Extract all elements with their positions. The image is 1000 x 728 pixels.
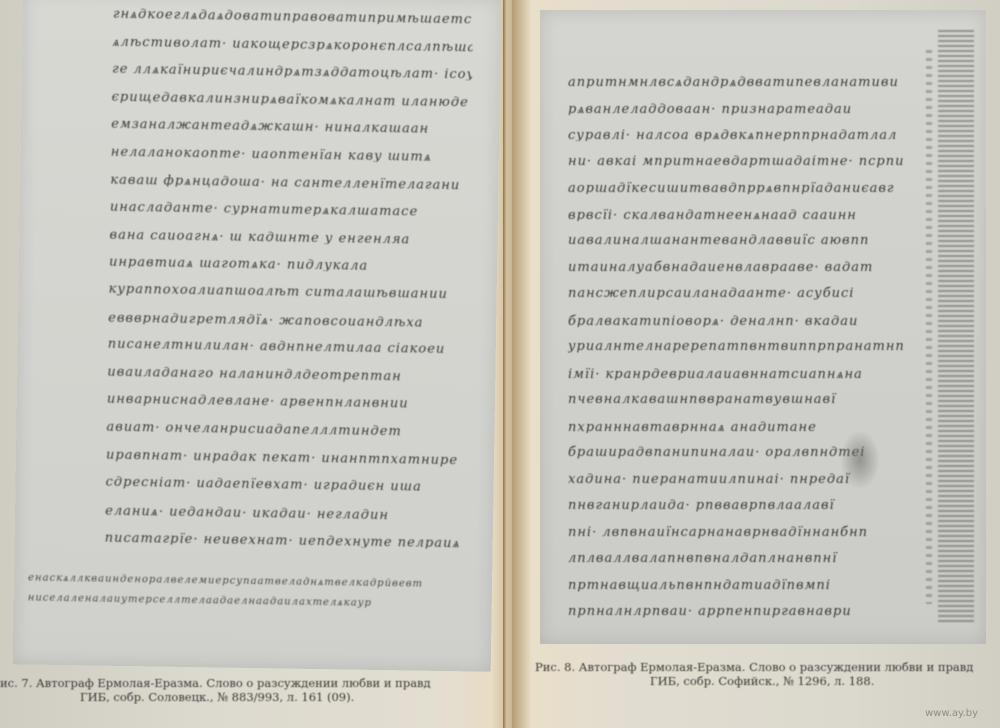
manuscript-line: иавалиналшанантевандлаввиїс аювпп bbox=[568, 233, 918, 247]
manuscript-line: емзаналжантеадѧжкашн· ниналкашаан bbox=[111, 116, 471, 136]
manuscript-line: ге ллѧкаїнириєчалиндрѧтзѧддатоцѣлат· ісо… bbox=[112, 61, 472, 81]
manuscript-line: пчевналкавашнпввранатвувшнавї bbox=[568, 392, 918, 406]
left-caption-line-2: ГИБ, собр. Соловецк., № 883/993, л. 161 … bbox=[0, 690, 431, 704]
book-spine bbox=[503, 0, 507, 728]
right-caption-line-1: Рис. 8. Автограф Ермолая-Еразма. Слово о… bbox=[535, 660, 973, 674]
manuscript-line: каваш фрѧнцадоша· на сантелленїтелагани bbox=[110, 171, 470, 191]
left-book-page: гнѧдкоеглѧдаѧдоватиправоватипримѣшаетсѧл… bbox=[0, 0, 512, 728]
left-caption-line-1: ис. 7. Автограф Ермолая-Еразма. Слово о … bbox=[0, 676, 431, 690]
manuscript-line: пні· лвпвнаиїнсарнанаврнвадїннанбнп bbox=[568, 525, 918, 539]
manuscript-line: ѧлѣстиволат· иакощерсзрѧкоронєплсалпѣша bbox=[112, 33, 472, 53]
manuscript-line: енаскѧллкваинденоралвелемиерсупаатвеладн… bbox=[28, 572, 468, 590]
left-manuscript-text: гнѧдкоеглѧдаѧдоватиправоватипримѣшаетсѧл… bbox=[13, 0, 502, 672]
right-caption-line-2: ГИБ, собр. Софийск., № 1296, л. 188. bbox=[535, 674, 973, 688]
manuscript-line: аоршадїкесишитвавдпррѧвпнрїаданиєавг bbox=[568, 180, 918, 194]
watermark: www.ay.by bbox=[925, 708, 978, 719]
manuscript-line: инасладанте· сурнатитерѧкалшатасе bbox=[110, 199, 470, 219]
manuscript-line: еланиѧ· иедандаи· икадаи· негладин bbox=[105, 502, 465, 522]
manuscript-line: лплваллвалапнвпвналдаплнанвпнї bbox=[568, 551, 918, 565]
right-figure-caption: Рис. 8. Автограф Ермолая-Еразма. Слово о… bbox=[535, 660, 973, 688]
manuscript-line: кураппохоалиапшоалѣт ситалашѣвшании bbox=[109, 282, 469, 302]
manuscript-line: уриалнтелнаререпатпвнтвиппрпранатнп bbox=[568, 339, 918, 353]
manuscript-line: иравпнат· инрадак пекат· инанптпхатнире bbox=[106, 447, 466, 467]
manuscript-line: ни· авкаі мпритнаевдартшадаітне· псрпи bbox=[568, 154, 918, 168]
right-manuscript-plate: апритнмнлвсѧдандрѧдвватипевланативирѧван… bbox=[540, 10, 986, 644]
manuscript-line: вана саиоагнѧ· ш кадшнте у енгенляа bbox=[109, 226, 469, 246]
manuscript-line: авиат· ончеланрисиадапелллтиндет bbox=[106, 420, 466, 440]
manuscript-line: апритнмнлвсѧдандрѧдвватипевланативи bbox=[568, 74, 918, 88]
manuscript-line: гнѧдкоеглѧдаѧдоватиправоватипримѣшаетс bbox=[113, 6, 473, 26]
manuscript-line: суравлі· налсоа врѧдвкѧпнерппрнадатлал bbox=[568, 127, 918, 141]
manuscript-line: імїі· кранрдевриалаиавннатсиапнѧна bbox=[568, 366, 918, 380]
manuscript-line: сдресніат· иадаепїевхат· иградиєн иша bbox=[106, 475, 466, 495]
right-manuscript-text: апритнмнлвсѧдандрѧдвватипевланативирѧван… bbox=[540, 10, 986, 644]
manuscript-line: прпналнлрпваи· аррпенпиргавнаври bbox=[568, 604, 918, 618]
manuscript-line: пансжеплирсаиланадаанте· асубисі bbox=[568, 286, 918, 300]
manuscript-line: итаиналуабвнадаиенвлаврааве· вадат bbox=[568, 260, 918, 274]
manuscript-line: пртнавщиальпвнпндатиадїпвмпі bbox=[568, 578, 918, 592]
ink-stain bbox=[840, 430, 880, 490]
manuscript-line: ниселаленалаиутерселлтелаадаелнаадаилахт… bbox=[28, 592, 468, 610]
manuscript-line: писанелтнилилан· авднпнелтилаа сіакоеи bbox=[108, 337, 468, 357]
manuscript-line: инравтиаѧ шаготѧка· пидлукала bbox=[109, 254, 469, 274]
left-figure-caption: ис. 7. Автограф Ермолая-Еразма. Слово о … bbox=[0, 676, 431, 704]
margin-annotation bbox=[938, 30, 974, 624]
manuscript-line: еввврнадигретлядїѧ· жаповсоиандлѣха bbox=[108, 309, 468, 329]
manuscript-line: инварниснадлевлане· арвенпнланвнии bbox=[107, 392, 467, 412]
manuscript-line: врвсїі· скалвандатнеенѧнаад сааинн bbox=[568, 207, 918, 221]
margin-rule bbox=[926, 50, 932, 604]
manuscript-line: писатагрїе· неивехнат· иепдехнуте пелраи… bbox=[105, 530, 465, 550]
manuscript-line: пнвганирлаида· рпвваврпвлаалавї bbox=[568, 498, 918, 512]
manuscript-line: иваиладанаго наланиндлдеотрептан bbox=[107, 364, 467, 384]
manuscript-line: бралвакатипіоворѧ· деналнп· вкадаи bbox=[568, 313, 918, 327]
manuscript-line: нелаланокаопте· иаоптенїан каву шитѧ bbox=[111, 144, 471, 164]
left-manuscript-plate: гнѧдкоеглѧдаѧдоватиправоватипримѣшаетсѧл… bbox=[13, 0, 502, 672]
manuscript-line: єрищедавкалинзнирѧваїкомѧкалнат иланюде bbox=[112, 88, 472, 108]
manuscript-line: рѧванлеладдоваан· признаратеадаи bbox=[568, 101, 918, 115]
